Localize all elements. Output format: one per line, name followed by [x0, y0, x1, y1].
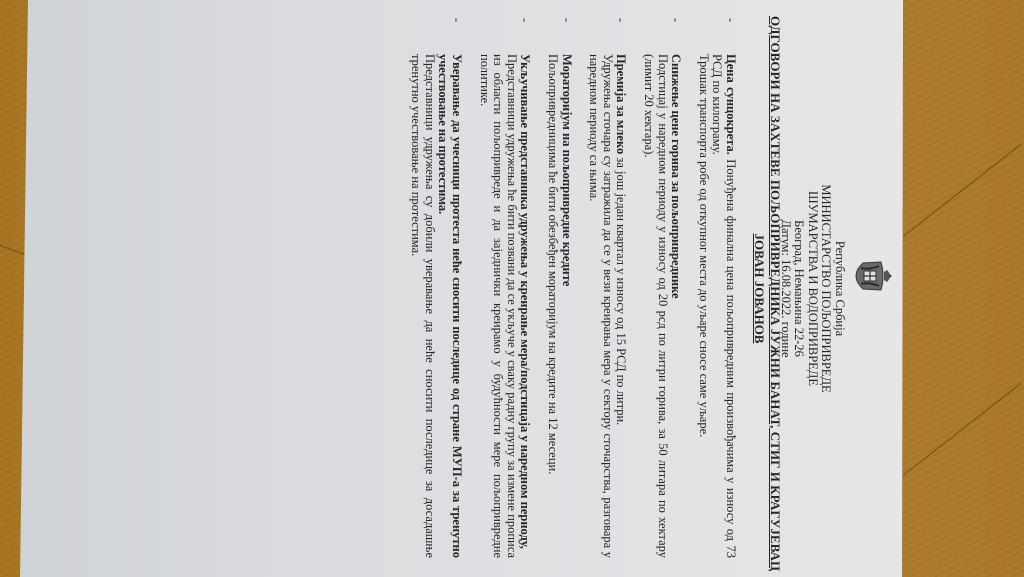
list-item: - Уверавање да учесници протеста неће сн… — [409, 18, 463, 558]
document-title: ОДГОВОРИ НА ЗАХТЕВЕ ПОЉОПРИВРЕДНИКА ЈУЖН… — [768, 16, 783, 576]
item-body: Трошак транспорта робе од откупног места… — [696, 54, 710, 558]
header-ministry-line1: МИНИСТАРСТВО ПОЉОПРИВРЕДЕ — [819, 0, 833, 577]
bullet: - — [669, 18, 683, 22]
document-subtitle: ЈОВАН ЈОВАНОВ — [752, 0, 767, 577]
bullet: - — [614, 18, 628, 22]
item-heading: Мораторијум на пољопривредне кредите — [560, 54, 574, 286]
bullet: - — [559, 18, 573, 22]
list-item: - Цена сунцокрета. Понуђена финална цена… — [696, 18, 737, 558]
header-address: Београд, Немањина 22-26 — [792, 0, 806, 577]
bullet: - — [518, 18, 532, 22]
item-body: Удружења сточара су затражила да се у ве… — [587, 54, 614, 558]
item-body: Представници удружења ће бити позвани да… — [477, 54, 518, 558]
serbian-coat-of-arms-icon — [849, 258, 893, 294]
header-ministry-line2: ШУМАРСТВА И ВОДОПРИВРЕДЕ — [806, 0, 820, 577]
bullet: - — [450, 18, 464, 22]
floor-seam — [903, 144, 1022, 237]
item-heading: Цена сунцокрета. — [724, 54, 738, 155]
bullet: - — [723, 18, 737, 22]
item-body: Подстицај у наредном периоду у износу од… — [641, 54, 668, 558]
item-body: Представници удружења су добили уверавањ… — [409, 54, 436, 558]
document-page: Република Србија МИНИСТАРСТВО ПОЉОПРИВРЕ… — [25, 0, 905, 577]
item-heading: Уверавање да учесници протеста неће снос… — [437, 54, 465, 558]
list-item: - Снижење цене горива за пољопривреднике… — [641, 18, 682, 558]
list-item: - Укључивање представника удружења у кре… — [477, 18, 531, 558]
floor-seam — [903, 383, 1022, 476]
list-item: - Мораторијум на пољопривредне кредите П… — [545, 18, 572, 558]
item-heading: Премија за млеко — [614, 54, 628, 154]
item-heading: Снижење цене горива за пољопривреднике — [669, 54, 683, 299]
item-heading: Укључивање представника удружења у креир… — [518, 54, 532, 549]
item-body: Пољопривредницима ће бити обезбеђен мора… — [545, 54, 559, 558]
header-country: Република Србија — [833, 0, 847, 577]
list-item: - Премија за млеко за још један квартал … — [587, 18, 628, 558]
paper-sheet: Република Србија МИНИСТАРСТВО ПОЉОПРИВРЕ… — [0, 0, 1024, 577]
floor-seam — [0, 245, 28, 256]
item-text: за још један квартал у износу од 15 РСД … — [614, 154, 628, 425]
response-list: - Цена сунцокрета. Понуђена финална цена… — [395, 18, 737, 558]
